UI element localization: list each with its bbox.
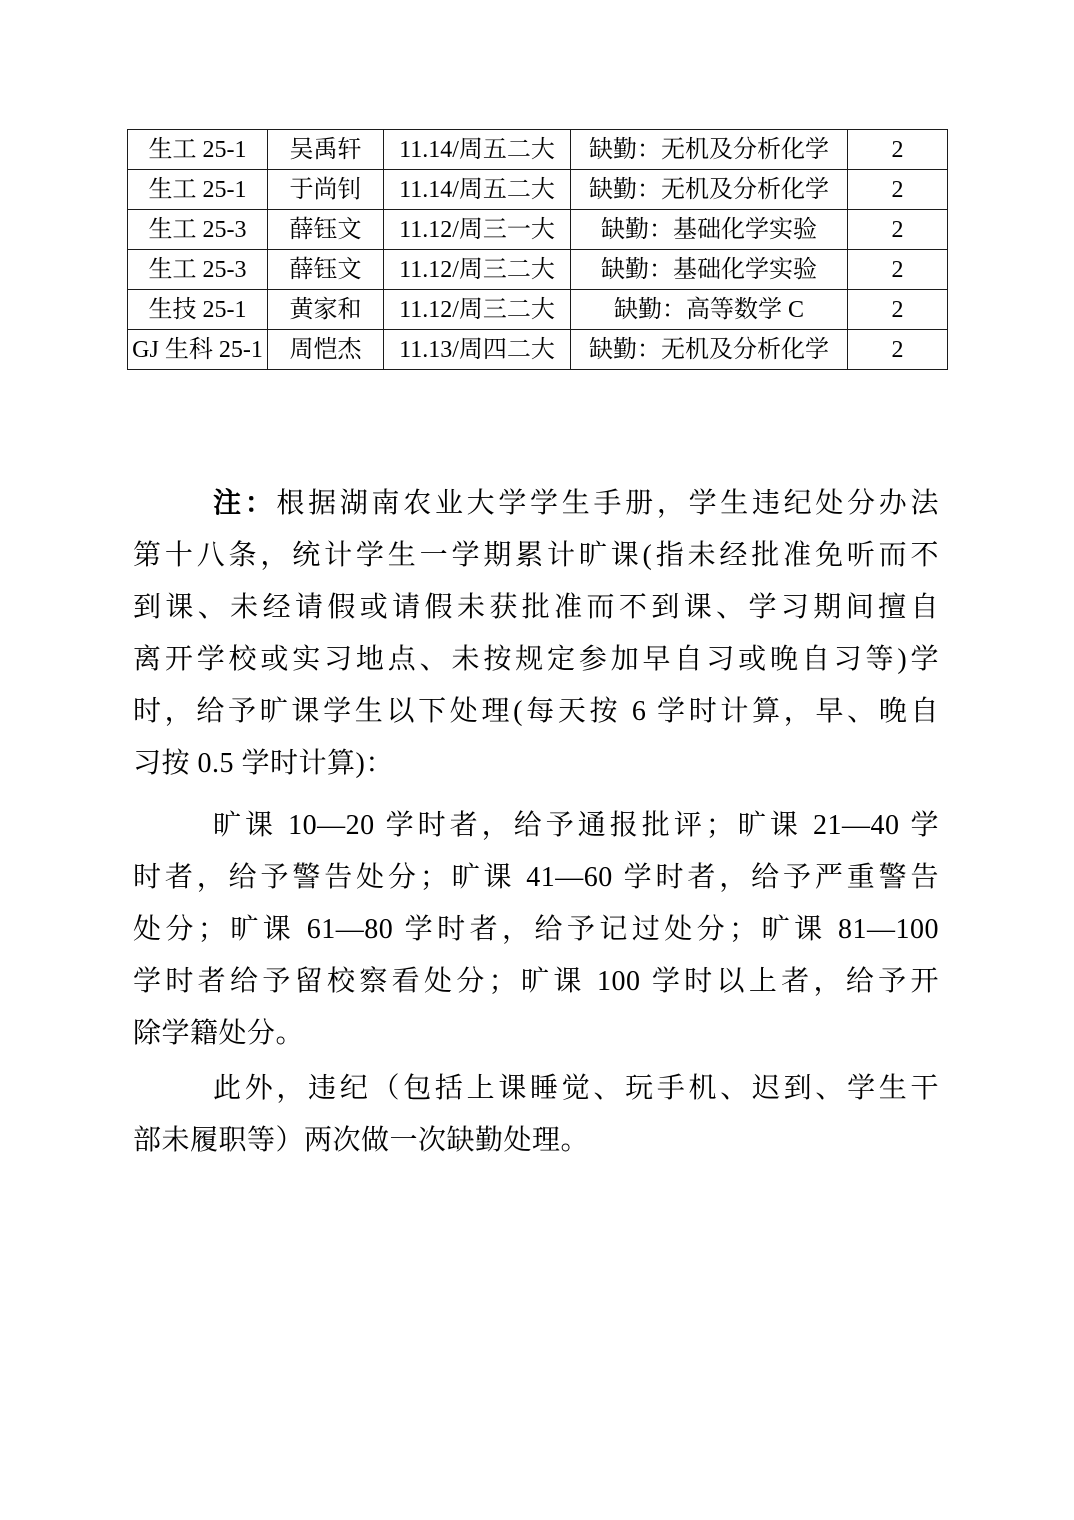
table-row: GJ 生科 25-1 周恺杰 11.13/周四二大 缺勤：无机及分析化学 2 (128, 330, 948, 370)
table-row: 生工 25-3 薛钰文 11.12/周三一大 缺勤：基础化学实验 2 (128, 210, 948, 250)
date-session-cell: 11.12/周三二大 (384, 250, 571, 290)
count-cell: 2 (848, 250, 948, 290)
absence-reason-cell: 缺勤：无机及分析化学 (571, 170, 848, 210)
note-paragraph-1: 注：根据湖南农业大学学生手册，学生违纪处分办法 第十八条，统计学生一学期累计旷课… (133, 478, 939, 790)
document-page: 生工 25-1 吴禹轩 11.14/周五二大 缺勤：无机及分析化学 2 生工 2… (0, 0, 1074, 1520)
class-cell: 生工 25-3 (128, 250, 268, 290)
table-row: 生工 25-1 于尚钊 11.14/周五二大 缺勤：无机及分析化学 2 (128, 170, 948, 210)
table-row: 生技 25-1 黄家和 11.12/周三二大 缺勤：高等数学 C 2 (128, 290, 948, 330)
table-row: 生工 25-3 薛钰文 11.12/周三二大 缺勤：基础化学实验 2 (128, 250, 948, 290)
note-line: 注：根据湖南农业大学学生手册，学生违纪处分办法 (133, 478, 939, 530)
date-session-cell: 11.14/周五二大 (384, 170, 571, 210)
note-text: 根据湖南农业大学学生手册，学生违纪处分办法 (276, 488, 939, 519)
date-session-cell: 11.12/周三一大 (384, 210, 571, 250)
note-line: 学时者给予留校察看处分；旷课 100 学时以上者，给予开 (133, 956, 939, 1008)
note-label: 注： (213, 488, 276, 519)
note-block: 注：根据湖南农业大学学生手册，学生违纪处分办法 第十八条，统计学生一学期累计旷课… (133, 478, 939, 1167)
class-cell: GJ 生科 25-1 (128, 330, 268, 370)
absence-reason-cell: 缺勤：无机及分析化学 (571, 130, 848, 170)
count-cell: 2 (848, 290, 948, 330)
student-name-cell: 薛钰文 (268, 250, 384, 290)
note-paragraph-2: 旷课 10—20 学时者，给予通报批评；旷课 21—40 学 时者，给予警告处分… (133, 800, 939, 1060)
date-session-cell: 11.13/周四二大 (384, 330, 571, 370)
note-paragraph-3: 此外，违纪（包括上课睡觉、玩手机、迟到、学生干 部未履职等）两次做一次缺勤处理。 (133, 1063, 939, 1167)
absence-reason-cell: 缺勤：高等数学 C (571, 290, 848, 330)
attendance-table: 生工 25-1 吴禹轩 11.14/周五二大 缺勤：无机及分析化学 2 生工 2… (127, 129, 948, 370)
count-cell: 2 (848, 330, 948, 370)
absence-reason-cell: 缺勤：基础化学实验 (571, 210, 848, 250)
table-row: 生工 25-1 吴禹轩 11.14/周五二大 缺勤：无机及分析化学 2 (128, 130, 948, 170)
class-cell: 生技 25-1 (128, 290, 268, 330)
note-line: 除学籍处分。 (133, 1008, 939, 1060)
absence-reason-cell: 缺勤：基础化学实验 (571, 250, 848, 290)
note-line: 时者，给予警告处分；旷课 41—60 学时者，给予严重警告 (133, 852, 939, 904)
class-cell: 生工 25-1 (128, 130, 268, 170)
class-cell: 生工 25-1 (128, 170, 268, 210)
count-cell: 2 (848, 170, 948, 210)
note-line: 到课、未经请假或请假未获批准而不到课、学习期间擅自 (133, 582, 939, 634)
note-line: 部未履职等）两次做一次缺勤处理。 (133, 1115, 939, 1167)
note-line: 习按 0.5 学时计算)： (133, 738, 939, 790)
student-name-cell: 于尚钊 (268, 170, 384, 210)
student-name-cell: 周恺杰 (268, 330, 384, 370)
student-name-cell: 吴禹轩 (268, 130, 384, 170)
student-name-cell: 黄家和 (268, 290, 384, 330)
student-name-cell: 薛钰文 (268, 210, 384, 250)
note-line: 第十八条，统计学生一学期累计旷课(指未经批准免听而不 (133, 530, 939, 582)
date-session-cell: 11.14/周五二大 (384, 130, 571, 170)
class-cell: 生工 25-3 (128, 210, 268, 250)
count-cell: 2 (848, 210, 948, 250)
absence-reason-cell: 缺勤：无机及分析化学 (571, 330, 848, 370)
note-line: 处分；旷课 61—80 学时者，给予记过处分；旷课 81—100 (133, 904, 939, 956)
date-session-cell: 11.12/周三二大 (384, 290, 571, 330)
note-line: 离开学校或实习地点、未按规定参加早自习或晚自习等)学 (133, 634, 939, 686)
note-line: 此外，违纪（包括上课睡觉、玩手机、迟到、学生干 (133, 1063, 939, 1115)
count-cell: 2 (848, 130, 948, 170)
note-line: 时，给予旷课学生以下处理(每天按 6 学时计算，早、晚自 (133, 686, 939, 738)
note-line: 旷课 10—20 学时者，给予通报批评；旷课 21—40 学 (133, 800, 939, 852)
